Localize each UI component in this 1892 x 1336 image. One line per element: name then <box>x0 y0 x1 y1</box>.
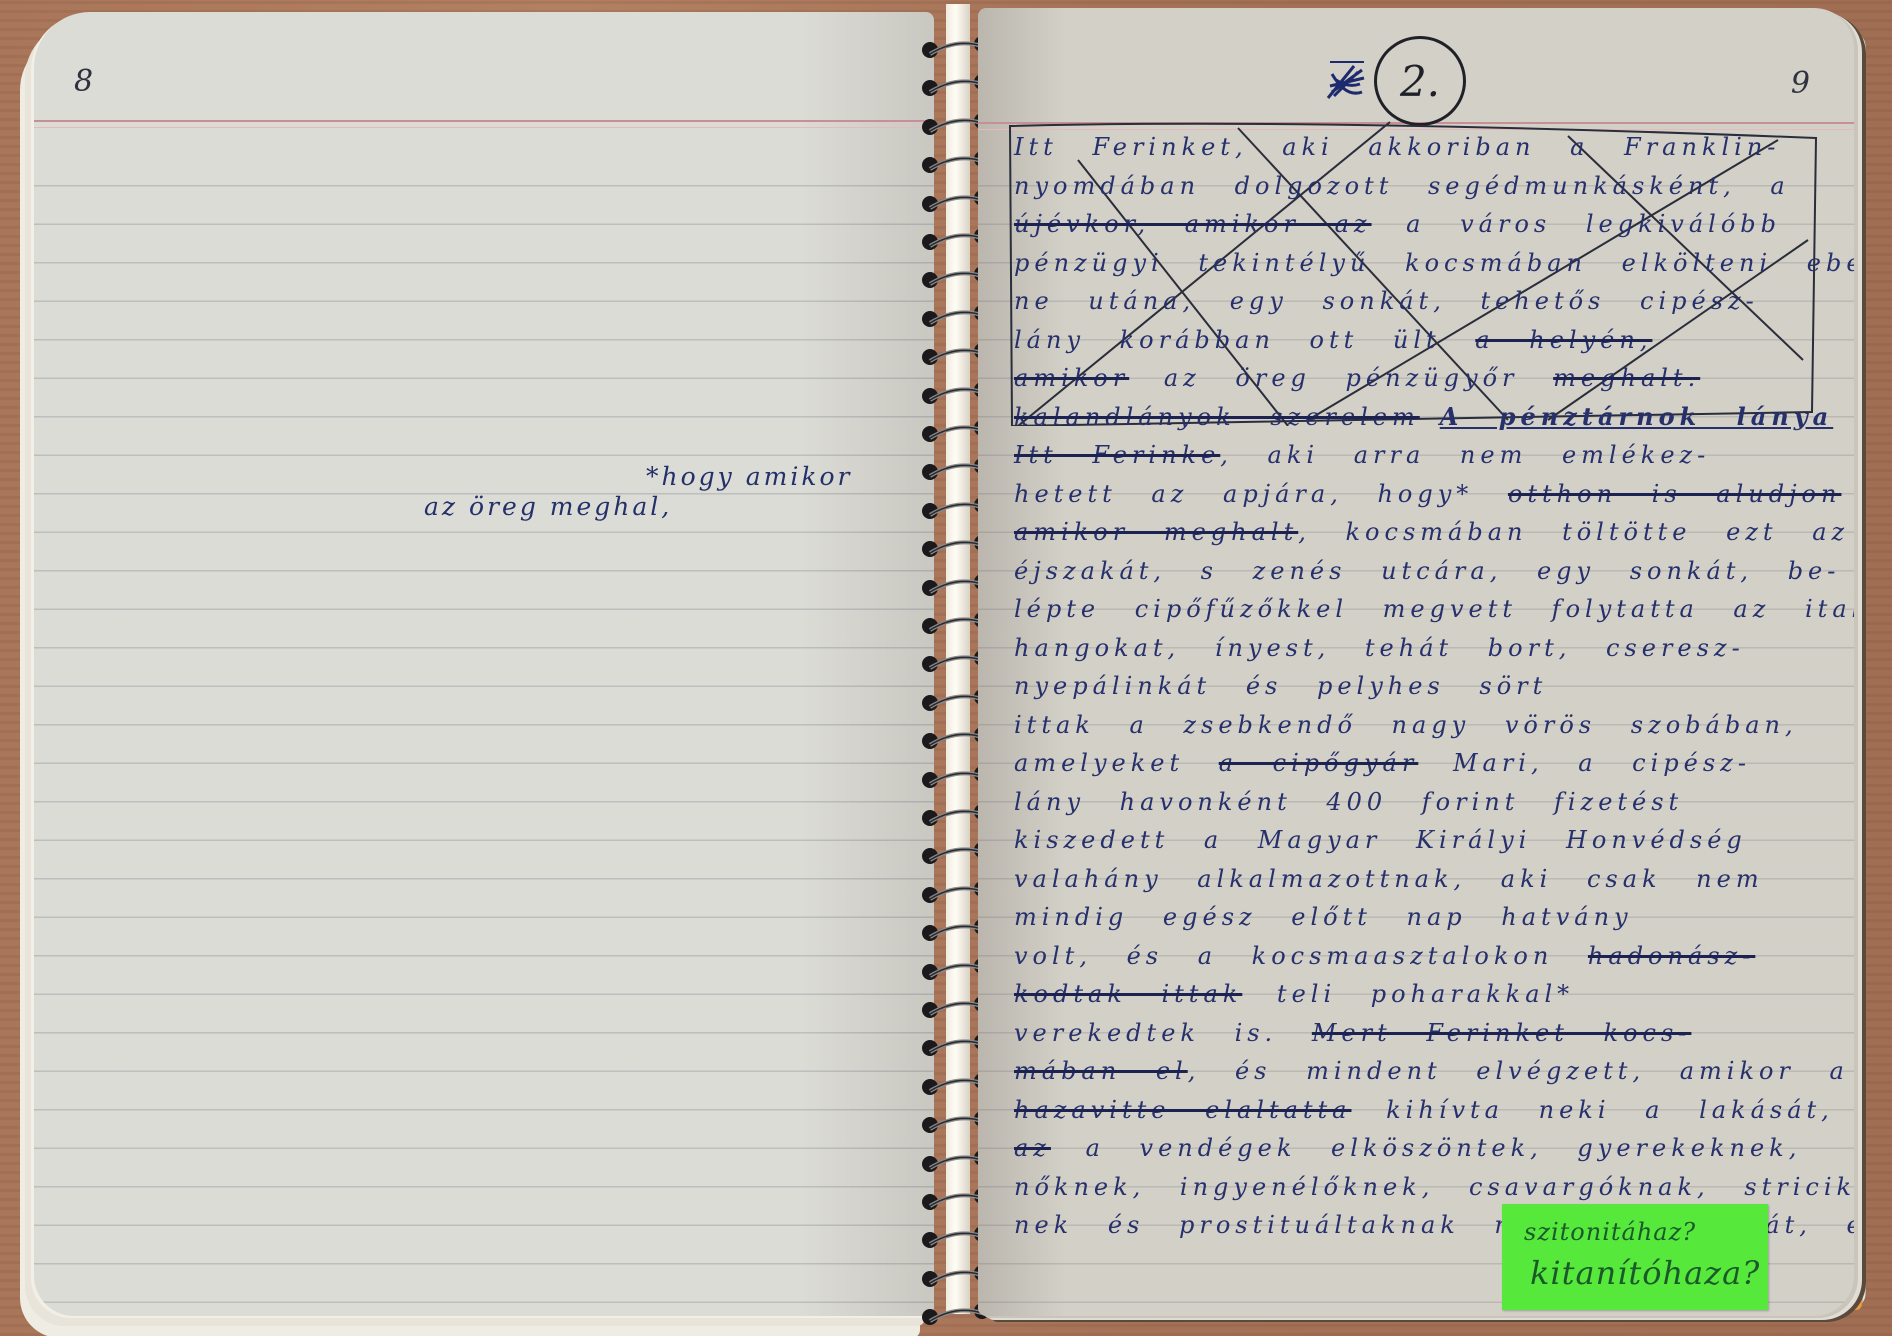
manuscript-line: hazavitte elaltatta kihívta neki a lakás… <box>1014 1091 1834 1130</box>
manuscript-line: verekedtek is. Mert Ferinket kocs- <box>1014 1014 1834 1053</box>
text: lány havonként 400 forint fizetést <box>1014 788 1683 816</box>
chapter-heading: 2. <box>1324 34 1464 126</box>
text: ittak a zsebkendő nagy vörös szobában, <box>1014 711 1798 739</box>
struck-text: újévkor, amikor az <box>1014 210 1372 238</box>
text: lány korábban ott ült <box>1014 326 1475 354</box>
text: verekedtek is. <box>1014 1019 1312 1047</box>
text: , és mindent elvégzett, amikor a lány <box>1188 1057 1854 1085</box>
text: lépte cipőfűzőkkel megvett folytatta az … <box>1014 595 1854 623</box>
text: a város legkiválóbb <box>1372 210 1781 238</box>
manuscript-line: kiszedett a Magyar Királyi Honvédség <box>1014 821 1834 860</box>
header-margin-line <box>34 120 934 128</box>
text: az öreg pénzügyőr <box>1129 364 1553 392</box>
text: éjszakát, s zenés utcára, egy sonkát, be… <box>1014 557 1840 585</box>
manuscript-line: amikor az öreg pénzügyőr meghalt. <box>1014 359 1834 398</box>
manuscript-line: ittak a zsebkendő nagy vörös szobában, <box>1014 706 1834 745</box>
manuscript-line: Itt Ferinke, aki arra nem emlékez- <box>1014 436 1834 475</box>
text: kiszedett a Magyar Királyi Honvédség <box>1014 826 1747 854</box>
struck-text: hazavitte elaltatta <box>1014 1096 1352 1124</box>
text: valahány alkalmazottnak, aki csak nem <box>1014 865 1764 893</box>
sticky-note-line-1: szitonitáhaz? <box>1524 1218 1696 1246</box>
struck-text: kalandlányok szerelem <box>1014 403 1420 431</box>
text: , aki arra nem emlékez- <box>1220 441 1710 469</box>
manuscript-line: nyepálinkát és pelyhes sört <box>1014 667 1834 706</box>
struck-text: meghalt. <box>1553 364 1700 392</box>
manuscript-line: volt, és a kocsmaasztalokon hadonász- <box>1014 937 1834 976</box>
text: , kocsmában töltötte ezt az <box>1298 518 1849 546</box>
manuscript-line: az a vendégek elköszöntek, gyerekeknek, <box>1014 1129 1834 1168</box>
text: ne utána, egy sonkát, tehetős cipész- <box>1014 287 1759 315</box>
text: mindig egész előtt nap hatvány <box>1014 903 1633 931</box>
manuscript-line: amelyeket a cipőgyár Mari, a cipész- <box>1014 744 1834 783</box>
struck-text: kodtak ittak <box>1014 980 1242 1008</box>
text: hangokat, ínyest, tehát bort, cseresz- <box>1014 634 1745 662</box>
manuscript-line: hangokat, ínyest, tehát bort, cseresz- <box>1014 629 1834 668</box>
manuscript-line: éjszakát, s zenés utcára, egy sonkát, be… <box>1014 552 1834 591</box>
text: kihívta neki a lakását, <box>1352 1096 1834 1124</box>
struck-text: amikor meghalt <box>1014 518 1298 546</box>
text: nyomdában dolgozott segédmunkásként, a <box>1014 172 1790 200</box>
struck-text: amikor <box>1014 364 1129 392</box>
struck-line-under-box: kalandlányok szerelemA pénztárnok lánya <box>1014 398 1834 437</box>
struck-text: hadonász- <box>1588 942 1755 970</box>
manuscript-line: újévkor, amikor az a város legkiválóbb <box>1014 205 1834 244</box>
sticky-note-line-2: kitanítóhaza? <box>1530 1254 1760 1292</box>
manuscript-line: ne utána, egy sonkát, tehetős cipész- <box>1014 282 1834 321</box>
struck-text: Mert Ferinket kocs- <box>1312 1019 1692 1047</box>
struck-text: a cipőgyár <box>1219 749 1419 777</box>
inserted-title: A pénztárnok lánya <box>1440 402 1833 431</box>
manuscript-line: nyomdában dolgozott segédmunkásként, a <box>1014 167 1834 206</box>
manuscript-line: pénzügyi tekintélyű kocsmában elkölteni … <box>1014 244 1834 283</box>
text: hetett az apjára, hogy* <box>1014 480 1508 508</box>
struck-text: a helyén, <box>1475 326 1652 354</box>
text: a vendégek elköszöntek, gyerekeknek, <box>1051 1134 1801 1162</box>
text: pénzügyi tekintélyű kocsmában elkölteni … <box>1014 249 1854 277</box>
manuscript-line: amikor meghalt, kocsmában töltötte ezt a… <box>1014 513 1834 552</box>
page-number-right: 9 <box>1791 66 1810 101</box>
text: Mari, a cipész- <box>1418 749 1751 777</box>
text: Itt Ferinket, aki akkoriban a Franklin- <box>1014 133 1780 161</box>
manuscript-line: lépte cipőfűzőkkel megvett folytatta az … <box>1014 590 1834 629</box>
page-number-left: 8 <box>74 64 93 99</box>
struck-text: az <box>1014 1134 1051 1162</box>
text: amelyeket <box>1014 749 1219 777</box>
manuscript-line: hetett az apjára, hogy* otthon is aludjo… <box>1014 475 1834 514</box>
struck-text: Itt Ferinke <box>1014 441 1220 469</box>
manuscript-line: Itt Ferinket, aki akkoriban a Franklin- <box>1014 128 1834 167</box>
sticky-note: szitonitáhaz? kitanítóhaza? <box>1502 1204 1768 1310</box>
manuscript-text: Itt Ferinket, aki akkoriban a Franklin-n… <box>1014 128 1834 1245</box>
text: teli poharakkal* <box>1242 980 1574 1008</box>
margin-note-line-1: *hogy amikor <box>646 458 852 497</box>
manuscript-line: lány havonként 400 forint fizetést <box>1014 783 1834 822</box>
right-page: 9 2. Itt Ferinket, aki akkoriban a Frank… <box>978 8 1854 1316</box>
chapter-number: 2. <box>1374 36 1466 126</box>
left-page: 8 *hogy amikor az öreg meghal, <box>34 12 934 1316</box>
manuscript-line: kodtak ittak teli poharakkal* <box>1014 975 1834 1014</box>
margin-note-line-2: az öreg meghal, <box>424 488 672 527</box>
manuscript-line: mindig egész előtt nap hatvány <box>1014 898 1834 937</box>
text: nyepálinkát és pelyhes sört <box>1014 672 1547 700</box>
manuscript-line: mában el, és mindent elvégzett, amikor a… <box>1014 1052 1834 1091</box>
struck-chapter-mark-icon <box>1324 58 1368 102</box>
struck-text: mában el <box>1014 1057 1188 1085</box>
manuscript-line: lány korábban ott ült a helyén, <box>1014 321 1834 360</box>
text: nőknek, ingyenélőknek, csavargóknak, str… <box>1014 1173 1854 1201</box>
struck-text: otthon is aludjon <box>1508 480 1842 508</box>
manuscript-line: valahány alkalmazottnak, aki csak nem <box>1014 860 1834 899</box>
text: volt, és a kocsmaasztalokon <box>1014 942 1588 970</box>
manuscript-line: nőknek, ingyenélőknek, csavargóknak, str… <box>1014 1168 1834 1207</box>
